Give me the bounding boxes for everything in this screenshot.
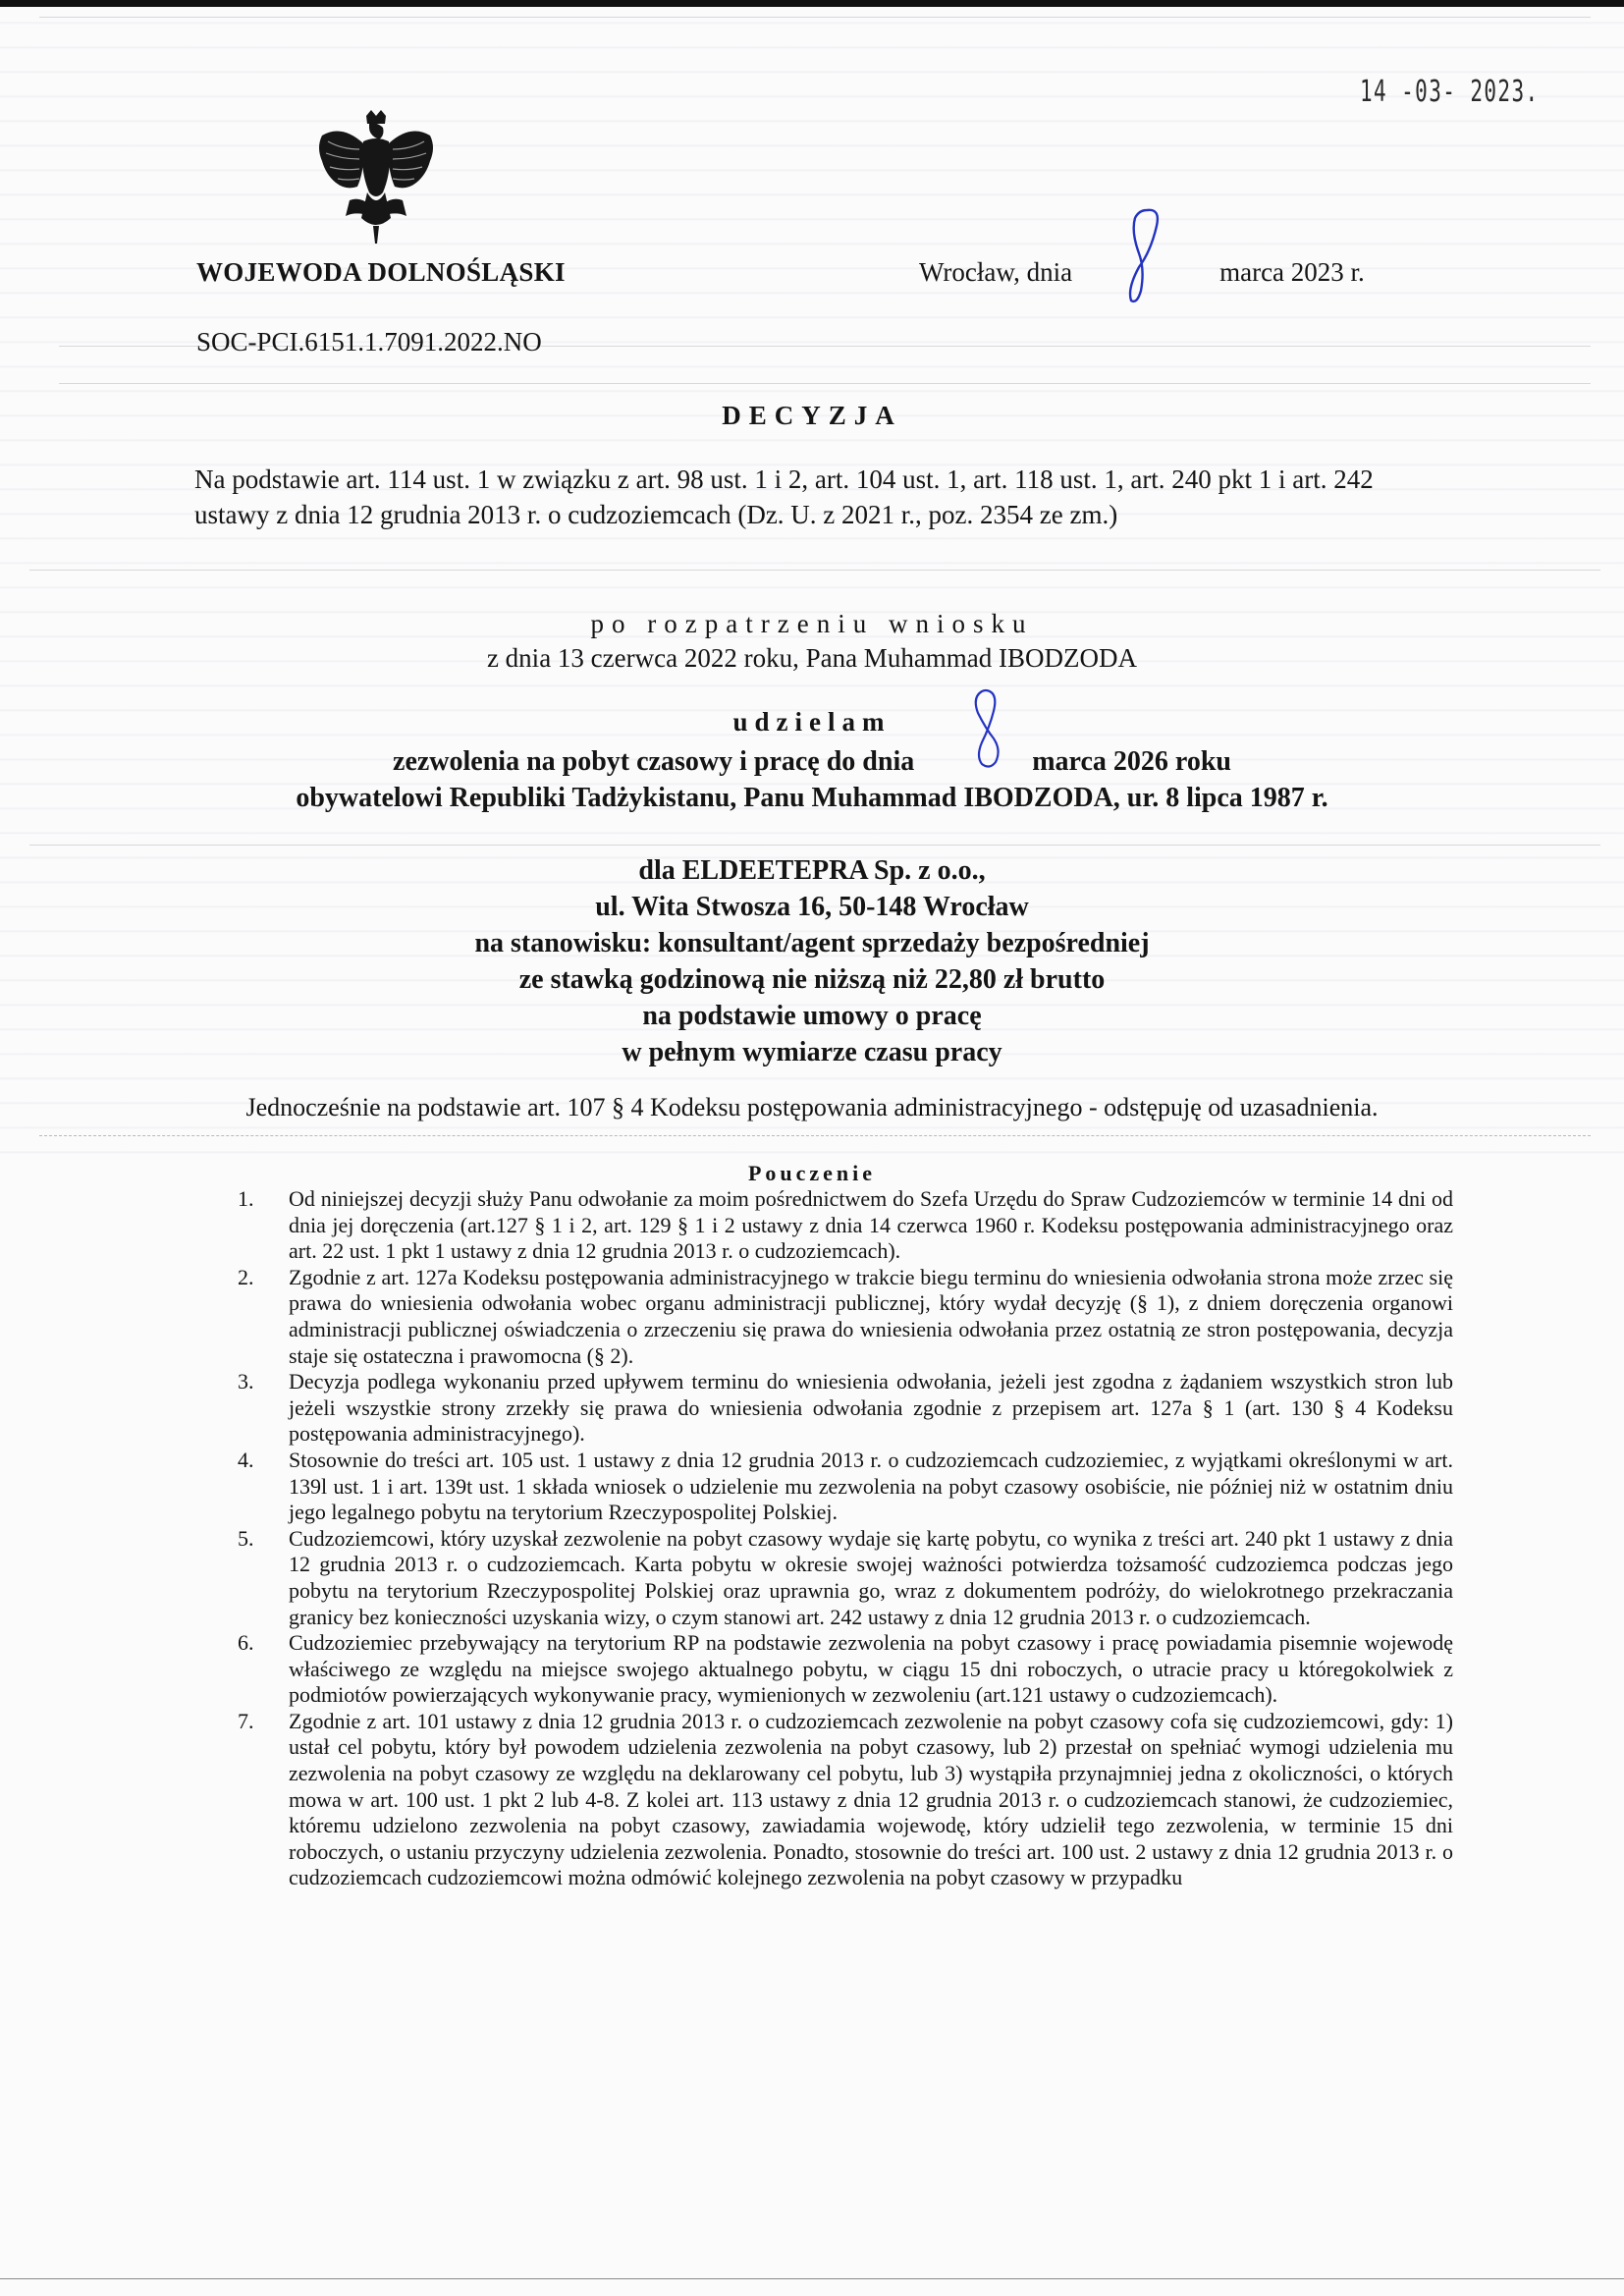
instruction-item: 5. Cudzoziemcowi, który uzyskał zezwolen… <box>226 1526 1453 1630</box>
case-number: SOC-PCI.6151.1.7091.2022.NO <box>196 327 542 357</box>
instructions-list: 1. Od niniejszej decyzji służy Panu odwo… <box>226 1186 1453 1891</box>
place-date-suffix: marca 2023 r. <box>1219 257 1365 287</box>
instruction-item: 3. Decyzja podlega wykonaniu przed upływ… <box>226 1369 1453 1448</box>
scan-artifact-line <box>29 845 1600 846</box>
justification-waiver: Jednocześnie na podstawie art. 107 § 4 K… <box>0 1093 1624 1122</box>
place-date-prefix: Wrocław, dnia <box>919 257 1072 287</box>
divider <box>39 1135 1591 1137</box>
scan-artifact-line <box>59 383 1591 384</box>
received-date-stamp: 14 -03- 2023. <box>1360 75 1540 109</box>
employer-address: ul. Wita Stwosza 16, 50-148 Wrocław <box>0 889 1624 925</box>
permit-validity-suffix: marca 2026 roku <box>1032 746 1231 777</box>
permit-validity-prefix: zezwolenia na pobyt czasowy i pracę do d… <box>393 746 914 777</box>
after-review-heading: po rozpatrzeniu wniosku <box>0 609 1624 639</box>
instruction-item: 1. Od niniejszej decyzji służy Panu odwo… <box>226 1186 1453 1265</box>
working-time: w pełnym wymiarze czasu pracy <box>0 1034 1624 1070</box>
contract-type: na podstawie umowy o pracę <box>0 998 1624 1034</box>
scan-artifact-line <box>39 17 1591 18</box>
employer-name: dla ELDEETEPRA Sp. z o.o., <box>0 852 1624 889</box>
permit-validity-line: zezwolenia na pobyt czasowy i pracę do d… <box>0 746 1624 778</box>
grant-heading: udzielam <box>0 707 1624 738</box>
hourly-wage: ze stawką godzinową nie niższą niż 22,80… <box>0 961 1624 998</box>
employer-block: dla ELDEETEPRA Sp. z o.o., ul. Wita Stwo… <box>0 852 1624 1070</box>
polish-eagle-emblem-icon <box>312 110 440 247</box>
document-title: DECYZJA <box>0 401 1624 431</box>
legal-basis-paragraph: Na podstawie art. 114 ust. 1 w związku z… <box>194 462 1441 532</box>
permit-holder-line: obywatelowi Republiki Tadżykistanu, Panu… <box>0 783 1624 814</box>
scan-artifact-line <box>29 570 1600 571</box>
instructions-title: Pouczenie <box>0 1161 1624 1186</box>
scan-bottom-edge <box>0 2278 1624 2279</box>
handwritten-day-8-icon <box>1117 206 1166 309</box>
instruction-item: 7. Zgodnie z art. 101 ustawy z dnia 12 g… <box>226 1709 1453 1891</box>
scan-edge <box>0 0 1624 7</box>
instruction-item: 6. Cudzoziemiec przebywający na terytori… <box>226 1630 1453 1709</box>
application-reference: z dnia 13 czerwca 2022 roku, Pana Muhamm… <box>0 643 1624 674</box>
issuer-name: WOJEWODA DOLNOŚLĄSKI <box>196 257 566 288</box>
job-position: na stanowisku: konsultant/agent sprzedaż… <box>0 925 1624 961</box>
instruction-item: 4. Stosownie do treści art. 105 ust. 1 u… <box>226 1448 1453 1526</box>
instruction-item: 2. Zgodnie z art. 127a Kodeksu postępowa… <box>226 1265 1453 1369</box>
